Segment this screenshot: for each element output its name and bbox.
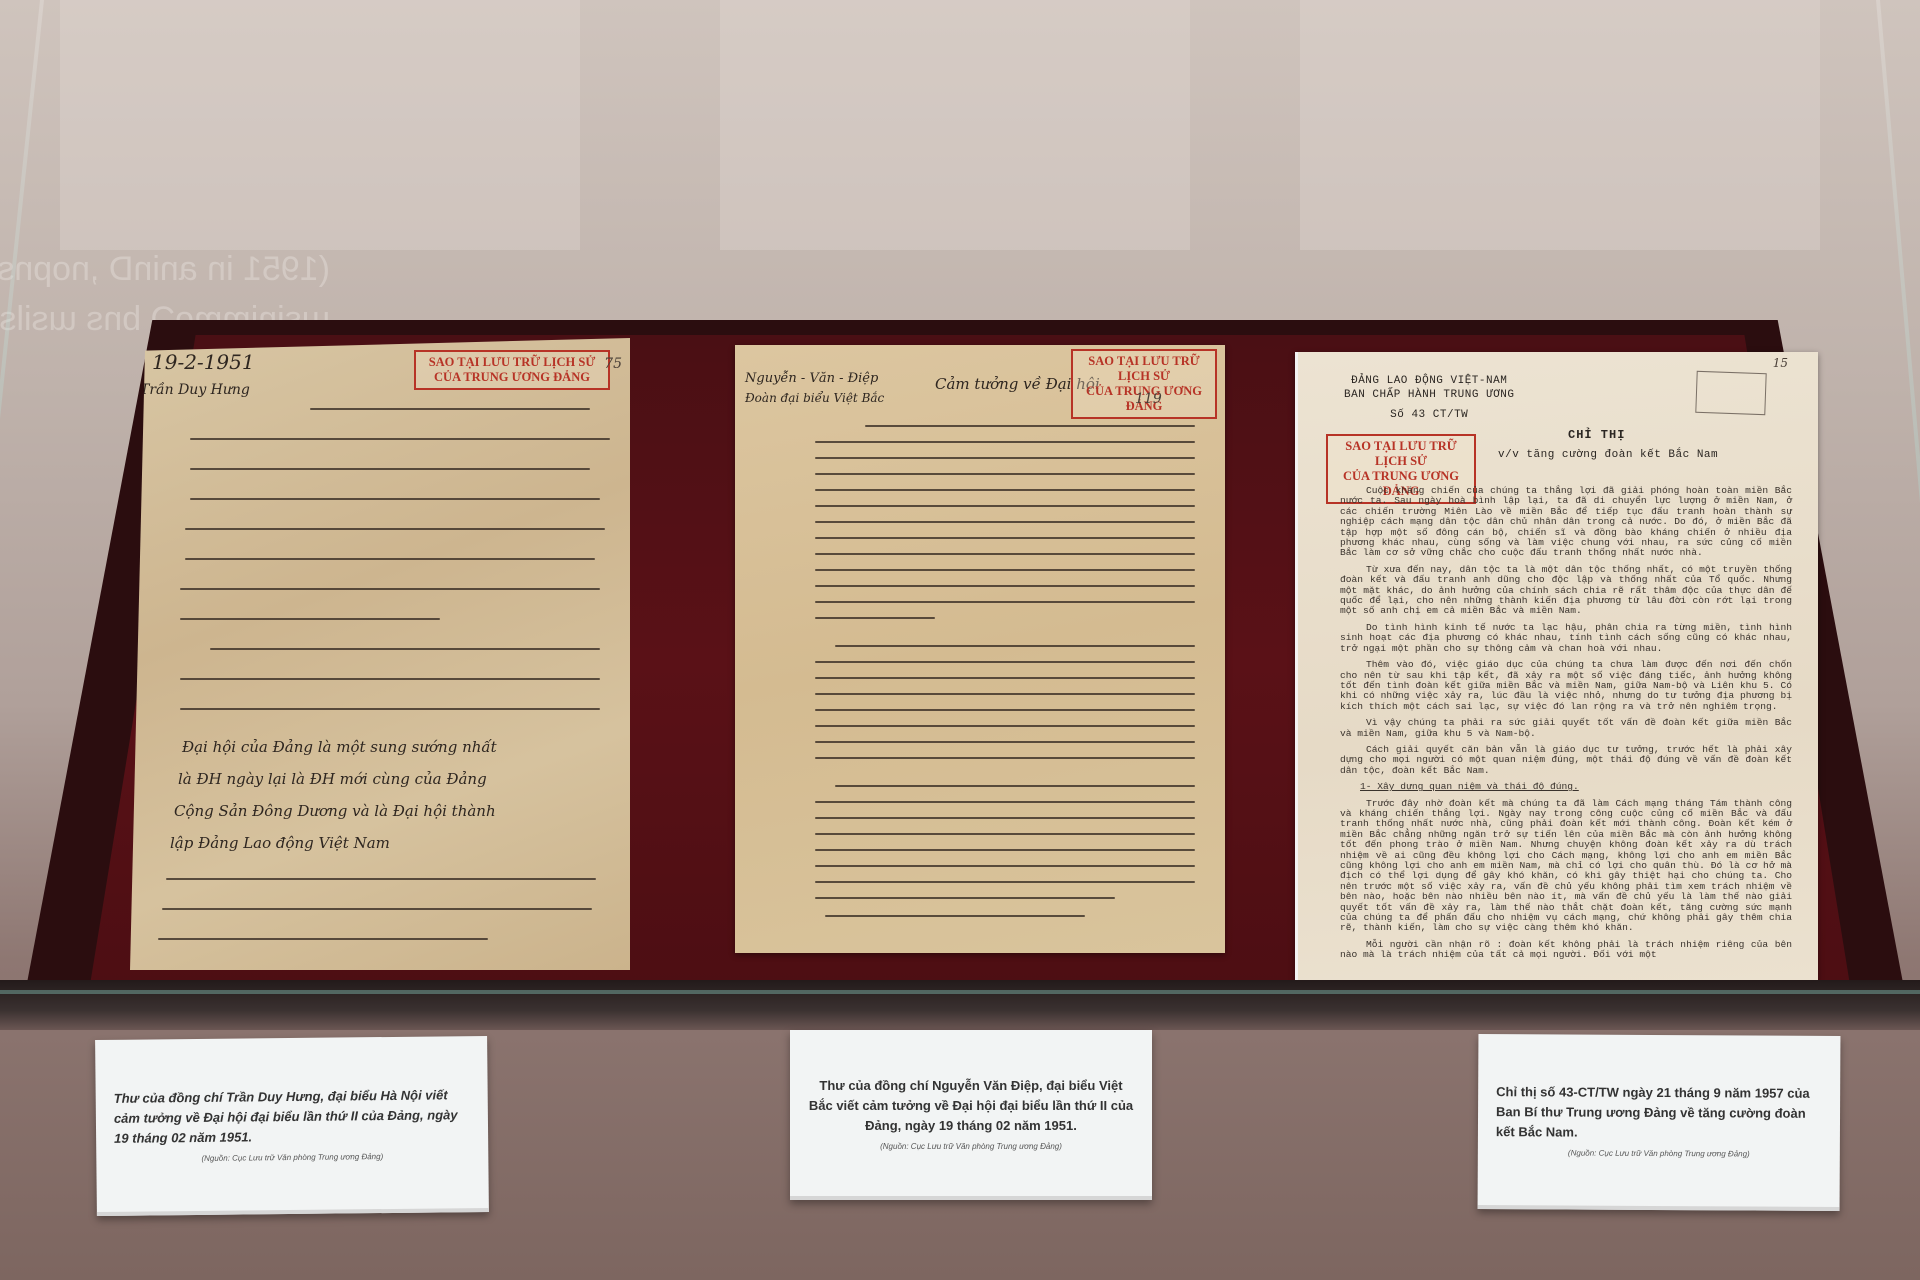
handwriting-stroke (815, 537, 1195, 539)
handwriting-stroke (815, 741, 1195, 743)
handwriting-stroke (815, 677, 1195, 679)
handwriting-stroke (815, 585, 1195, 587)
handwriting-stroke (185, 528, 605, 530)
handwriting-stroke (190, 438, 610, 440)
handwriting-stroke (815, 569, 1195, 571)
document-letter-tran-duy-hung: 19-2-1951 Trần Duy Hưng SAO TẠI LƯU TRỮ … (130, 338, 630, 970)
paragraph: Mỗi người cần nhận rõ : đoàn kết không p… (1340, 940, 1792, 961)
paragraph: Cách giải quyết căn bản vẫn là giáo dục … (1340, 745, 1792, 776)
display-case-front-edge (0, 980, 1920, 1030)
handwriting-stroke (190, 468, 590, 470)
handwritten-line: Đại hội của Đảng là một sung sướng nhất (182, 738, 497, 756)
caption-label-3: Chỉ thị số 43-CT/TW ngày 21 tháng 9 năm … (1478, 1034, 1841, 1211)
caption-text: Chỉ thị số 43-CT/TW ngày 21 tháng 9 năm … (1496, 1082, 1822, 1144)
handwriting-stroke (815, 881, 1195, 883)
handwriting-stroke (158, 938, 488, 940)
handwriting-stroke (210, 648, 600, 650)
handwriting-stroke (190, 498, 600, 500)
wall-panel (720, 0, 1190, 250)
stamp-line-1: SAO TẠI LƯU TRỮ LỊCH SỬ (1334, 439, 1468, 469)
handwriting-stroke (310, 408, 590, 410)
handwriting-stroke (815, 709, 1195, 711)
directive-subtitle: v/v tăng cường đoàn kết Bắc Nam (1498, 448, 1718, 462)
paragraph: Từ xưa đến nay, dân tộc ta là một dân tộ… (1340, 565, 1792, 617)
stamp-line-1: SAO TẠI LƯU TRỮ LỊCH SỬ (1079, 354, 1209, 384)
glass-reflection-text: (1951 in aninD ,nopnsuǝƎ ni bǝɥsilduq (10, 250, 330, 289)
handwriting-stroke (180, 618, 440, 620)
handwriting-stroke (815, 693, 1195, 695)
page-number: 119 (1135, 391, 1162, 407)
handwriting-stroke (815, 601, 1195, 603)
handwriting-stroke (865, 425, 1195, 427)
document-directive-43-ct-tw: ĐẢNG LAO ĐỘNG VIỆT-NAM BAN CHẤP HÀNH TRU… (1295, 352, 1818, 980)
handwriting-stroke (815, 757, 1195, 759)
archive-stamp: SAO TẠI LƯU TRỮ LỊCH SỬ CỦA TRUNG ƯƠNG Đ… (1071, 349, 1217, 419)
handwritten-delegation: Đoàn đại biểu Việt Bắc (745, 391, 884, 405)
handwriting-stroke (180, 678, 600, 680)
handwriting-stroke (835, 645, 1195, 647)
paragraph: Do tình hình kinh tế nước ta lạc hậu, ph… (1340, 623, 1792, 654)
paragraph: Thêm vào đó, việc giáo dục của chúng ta … (1340, 660, 1792, 712)
handwriting-stroke (815, 553, 1195, 555)
header-line-committee: BAN CHẤP HÀNH TRUNG ƯƠNG (1344, 388, 1514, 402)
directive-body: Cuộc kháng chiến của chúng ta thắng lợi … (1340, 486, 1792, 967)
handwriting-stroke (815, 865, 1195, 867)
header-line-party: ĐẢNG LAO ĐỘNG VIỆT-NAM (1344, 374, 1514, 388)
wall-panel (1300, 0, 1820, 250)
directive-header: ĐẢNG LAO ĐỘNG VIỆT-NAM BAN CHẤP HÀNH TRU… (1344, 374, 1514, 422)
caption-label-2: Thư của đồng chí Nguyễn Văn Điệp, đại bi… (790, 1030, 1152, 1200)
handwriting-stroke (815, 801, 1195, 803)
glass-lip (0, 990, 1920, 994)
handwriting-stroke (815, 489, 1195, 491)
caption-label-1: Thư của đồng chí Trần Duy Hưng, đại biểu… (95, 1036, 489, 1216)
handwriting-stroke (815, 849, 1195, 851)
archive-stamp: SAO TẠI LƯU TRỮ LỊCH SỬ CỦA TRUNG ƯƠNG Đ… (414, 350, 610, 390)
handwriting-stroke (815, 441, 1195, 443)
handwriting-stroke (166, 878, 596, 880)
caption-text: Thư của đồng chí Trần Duy Hưng, đại biểu… (114, 1085, 471, 1149)
stamp-line-2: CỦA TRUNG ƯƠNG ĐẢNG (422, 370, 602, 385)
caption-source: (Nguồn: Cục Lưu trữ Văn phòng Trung ương… (880, 1142, 1062, 1151)
handwriting-stroke (815, 473, 1195, 475)
handwritten-author: Trần Duy Hưng (140, 382, 250, 398)
handwriting-stroke (815, 897, 1115, 899)
paragraph: Cuộc kháng chiến của chúng ta thắng lợi … (1340, 486, 1792, 559)
caption-text: Thư của đồng chí Nguyễn Văn Điệp, đại bi… (808, 1076, 1134, 1136)
handwriting-stroke (835, 785, 1195, 787)
handwriting-stroke (815, 661, 1195, 663)
receipt-stamp (1695, 371, 1766, 415)
wall-panel (60, 0, 580, 250)
handwriting-stroke (825, 915, 1085, 917)
page-number: 15 (1773, 356, 1788, 370)
handwriting-stroke (162, 908, 592, 910)
section-heading: 1- Xây dựng quan niệm và thái độ đúng. (1340, 782, 1792, 792)
handwritten-date: 19-2-1951 (152, 350, 255, 374)
handwritten-line: là ĐH ngày lại là ĐH mới cùng của Đảng (178, 770, 487, 788)
handwriting-stroke (185, 558, 595, 560)
handwritten-line: Cộng Sản Đông Dương và là Đại hội thành (174, 802, 496, 820)
directive-title: CHỈ THỊ (1568, 428, 1625, 442)
document-letter-nguyen-van-diep: Nguyễn - Văn - Điệp Đoàn đại biểu Việt B… (735, 345, 1225, 953)
caption-source: (Nguồn: Cục Lưu trữ Văn phòng Trung ương… (201, 1152, 383, 1163)
header-directive-number: Số 43 CT/TW (1344, 408, 1514, 422)
handwritten-author: Nguyễn - Văn - Điệp (745, 371, 878, 386)
page-number: 75 (604, 356, 622, 372)
handwriting-stroke (815, 521, 1195, 523)
stamp-line-1: SAO TẠI LƯU TRỮ LỊCH SỬ (422, 355, 602, 370)
handwriting-stroke (815, 833, 1195, 835)
handwriting-stroke (180, 708, 600, 710)
caption-source: (Nguồn: Cục Lưu trữ Văn phòng Trung ương… (1568, 1149, 1750, 1159)
handwriting-stroke (180, 588, 600, 590)
handwriting-stroke (815, 617, 935, 619)
handwriting-stroke (815, 505, 1195, 507)
handwriting-stroke (815, 457, 1195, 459)
paragraph: Vì vậy chúng ta phải ra sức giải quyết t… (1340, 718, 1792, 739)
handwriting-stroke (815, 817, 1195, 819)
paragraph: Trước đây nhờ đoàn kết mà chúng ta đã là… (1340, 799, 1792, 934)
handwriting-stroke (815, 725, 1195, 727)
handwritten-line: lập Đảng Lao động Việt Nam (170, 834, 390, 852)
